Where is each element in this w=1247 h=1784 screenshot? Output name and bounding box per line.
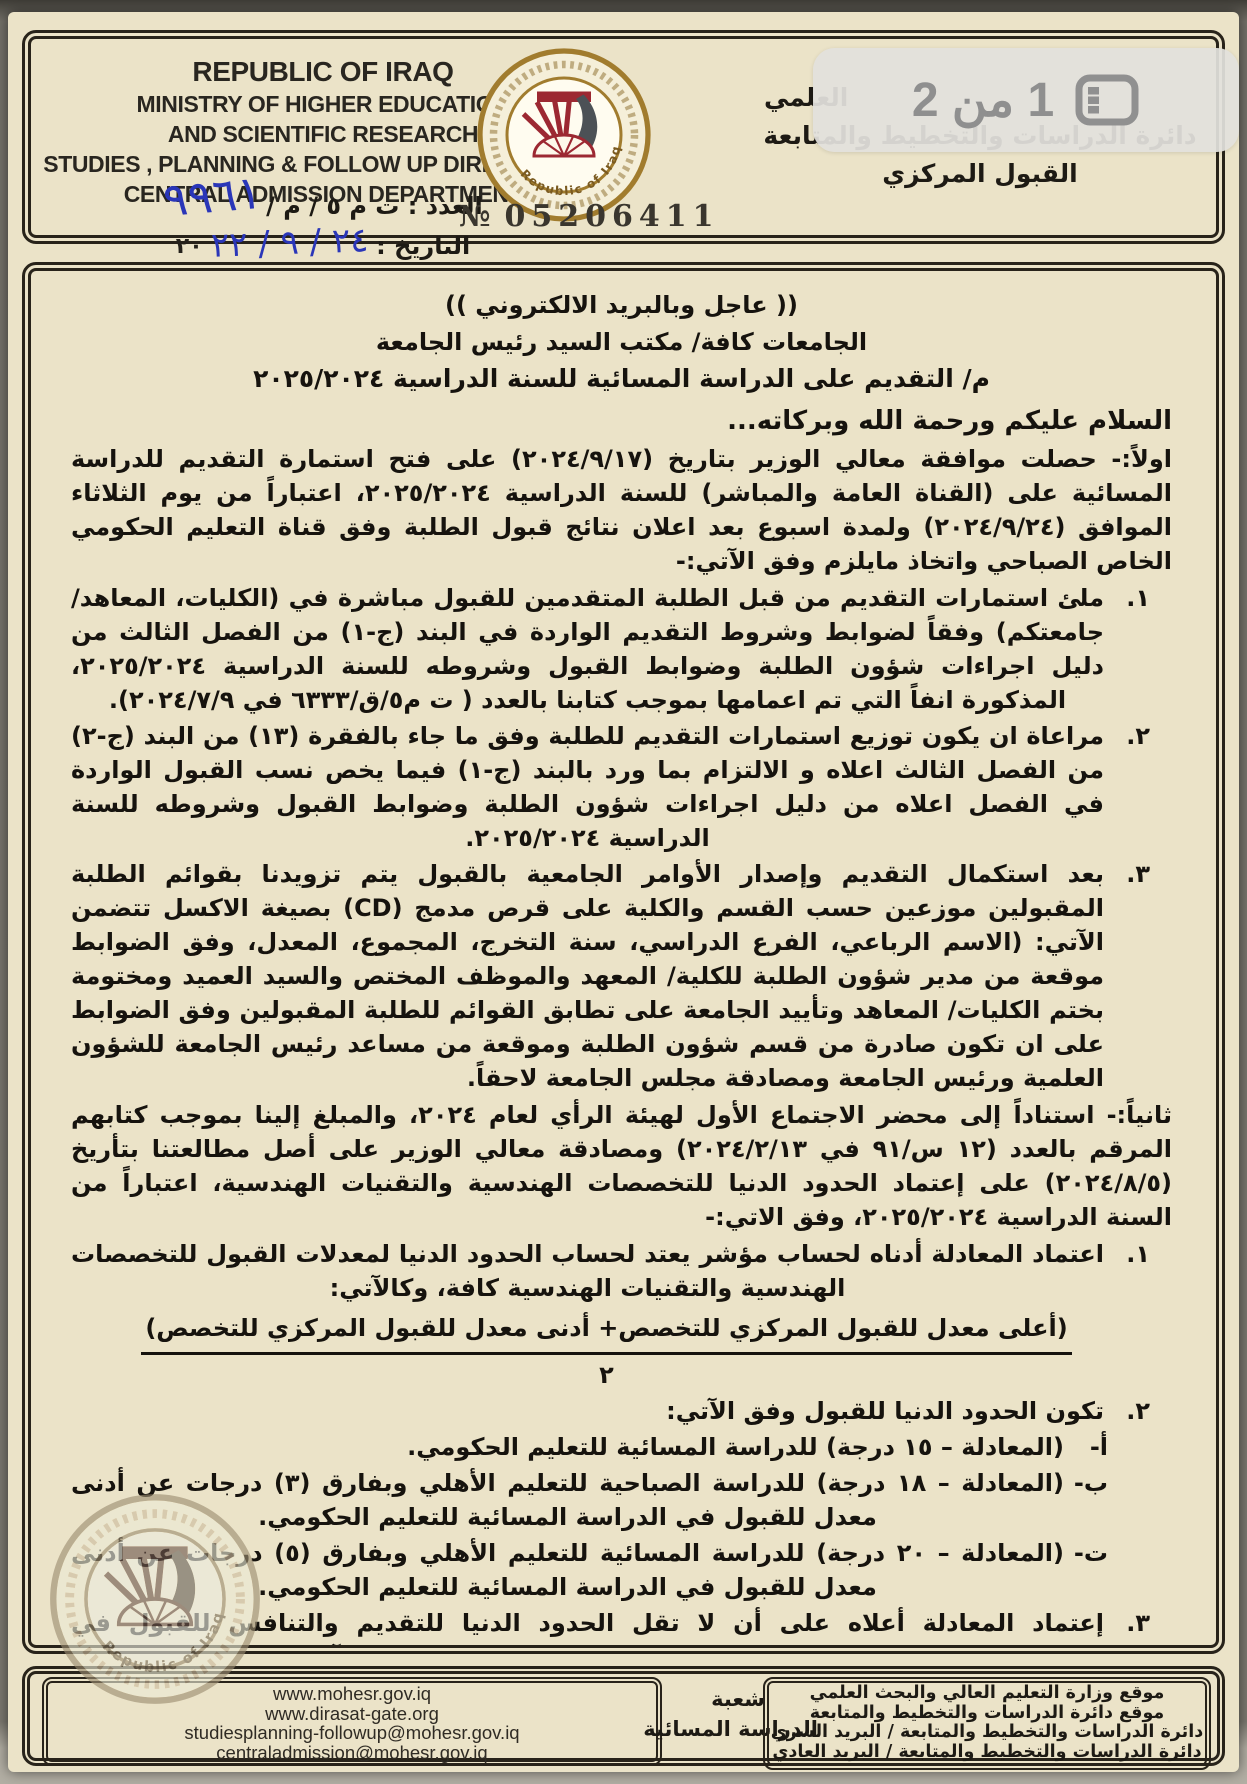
item-number: ٣. bbox=[1114, 1606, 1150, 1654]
letter-body-frame: (( عاجل وبالبريد الالكتروني )) الجامعات … bbox=[22, 262, 1225, 1654]
footer-link: centraladmission@mohesr.gov.iq bbox=[48, 1743, 656, 1763]
addressee-line: الجامعات كافة/ مكتب السيد رئيس الجامعة bbox=[71, 325, 1172, 359]
serial-number: № 05206411 bbox=[459, 199, 720, 234]
document-date-line: ٢٠ ٢٤ / ٩ / ٢٢ التاريخ : bbox=[83, 229, 563, 263]
footer-arabic-line: موقع دائرة الدراسات والتخطيط والمتابعة bbox=[769, 1704, 1205, 1724]
page-indicator-label: 1 من 2 bbox=[912, 72, 1054, 128]
footer-arabic-line: موقع وزارة التعليم العالي والبحث العلمي bbox=[769, 1684, 1205, 1704]
first-section-paragraph: اولاً:- حصلت موافقة معالي الوزير بتاريخ … bbox=[71, 442, 1172, 578]
date-label: التاريخ : bbox=[376, 232, 470, 260]
reader-pages-icon bbox=[1074, 73, 1140, 127]
item-number: ١. bbox=[1114, 581, 1150, 717]
formula-denominator: ٢ bbox=[71, 1358, 1142, 1392]
footer-arabic-box: موقع وزارة التعليم العالي والبحث العلمي … bbox=[763, 1677, 1211, 1770]
sub-list-item: أ- (المعادلة – ١٥ درجة) للدراسة المسائية… bbox=[71, 1430, 1108, 1464]
sub-item-text: (المعادلة – ١٥ درجة) للدراسة المسائية لل… bbox=[71, 1430, 1064, 1464]
number-label: العدد : ت م ٥ / م / bbox=[266, 192, 483, 220]
list-item: ٢. مراعاة ان يكون توزيع استمارات التقديم… bbox=[71, 719, 1150, 855]
paper-sheet: REPUBLIC OF IRAQ MINISTRY OF HIGHER EDUC… bbox=[8, 12, 1239, 1772]
sub-item-letter: أ- bbox=[1074, 1430, 1108, 1464]
footer-link: studiesplanning-followup@mohesr.gov.iq bbox=[48, 1723, 656, 1743]
handwritten-date: ٢٤ / ٩ / ٢٢ bbox=[210, 220, 369, 265]
admission-formula: (أعلى معدل للقبول المركزي للتخصص+ أدنى م… bbox=[71, 1311, 1142, 1392]
sub-item-letter: ت- bbox=[1074, 1536, 1108, 1604]
item-number: ٢. bbox=[1114, 1394, 1150, 1428]
urgent-line: (( عاجل وبالبريد الالكتروني )) bbox=[71, 288, 1172, 322]
item-text: تكون الحدود الدنيا للقبول وفق الآتي: bbox=[71, 1394, 1104, 1428]
footer-arabic-line: دائرة الدراسات والتخطيط والمتابعة / البر… bbox=[769, 1723, 1205, 1743]
scanned-letter-page: REPUBLIC OF IRAQ MINISTRY OF HIGHER EDUC… bbox=[0, 0, 1247, 1784]
list-item: ٣. بعد استكمال التقديم وإصدار الأوامر ال… bbox=[71, 857, 1150, 1095]
item-number: ١. bbox=[1114, 1237, 1150, 1305]
list-item: ٢. تكون الحدود الدنيا للقبول وفق الآتي: bbox=[71, 1394, 1150, 1428]
footer-arabic-line: دائرة الدراسات والتخطيط والمتابعة / البر… bbox=[769, 1743, 1205, 1763]
item-text: ملئ استمارات التقديم من قبل الطلبة المتق… bbox=[71, 581, 1104, 717]
arabic-header-line-3: القبول المركزي bbox=[754, 155, 1206, 193]
list-item: ١. ملئ استمارات التقديم من قبل الطلبة ال… bbox=[71, 581, 1150, 717]
serial-digits: 05206411 bbox=[505, 199, 720, 234]
subject-line: م/ التقديم على الدراسة المسائية للسنة ال… bbox=[71, 362, 1172, 396]
item-text: بعد استكمال التقديم وإصدار الأوامر الجام… bbox=[71, 857, 1104, 1095]
item-text: مراعاة ان يكون توزيع استمارات التقديم لل… bbox=[71, 719, 1104, 855]
salutation-line: السلام عليكم ورحمة الله وبركاته... bbox=[71, 404, 1172, 438]
ministry-stamp-icon bbox=[46, 1490, 264, 1708]
handwritten-number: ٩٩٦١ bbox=[161, 165, 264, 227]
viewer-page-indicator[interactable]: 1 من 2 bbox=[813, 48, 1239, 152]
sub-item-letter: ب- bbox=[1074, 1466, 1108, 1534]
item-number: ٣. bbox=[1114, 857, 1150, 1095]
formula-numerator: (أعلى معدل للقبول المركزي للتخصص+ أدنى م… bbox=[141, 1311, 1071, 1355]
printed-year-prefix: ٢٠ bbox=[176, 234, 203, 259]
item-text: اعتماد المعادلة أدناه لحساب مؤشر يعتد لح… bbox=[71, 1237, 1104, 1305]
item-number: ٢. bbox=[1114, 719, 1150, 855]
second-section-paragraph: ثانياً:- استناداً إلى محضر الاجتماع الأو… bbox=[71, 1098, 1172, 1234]
list-item: ١. اعتماد المعادلة أدناه لحساب مؤشر يعتد… bbox=[71, 1237, 1150, 1305]
numero-sign: № bbox=[459, 199, 491, 233]
